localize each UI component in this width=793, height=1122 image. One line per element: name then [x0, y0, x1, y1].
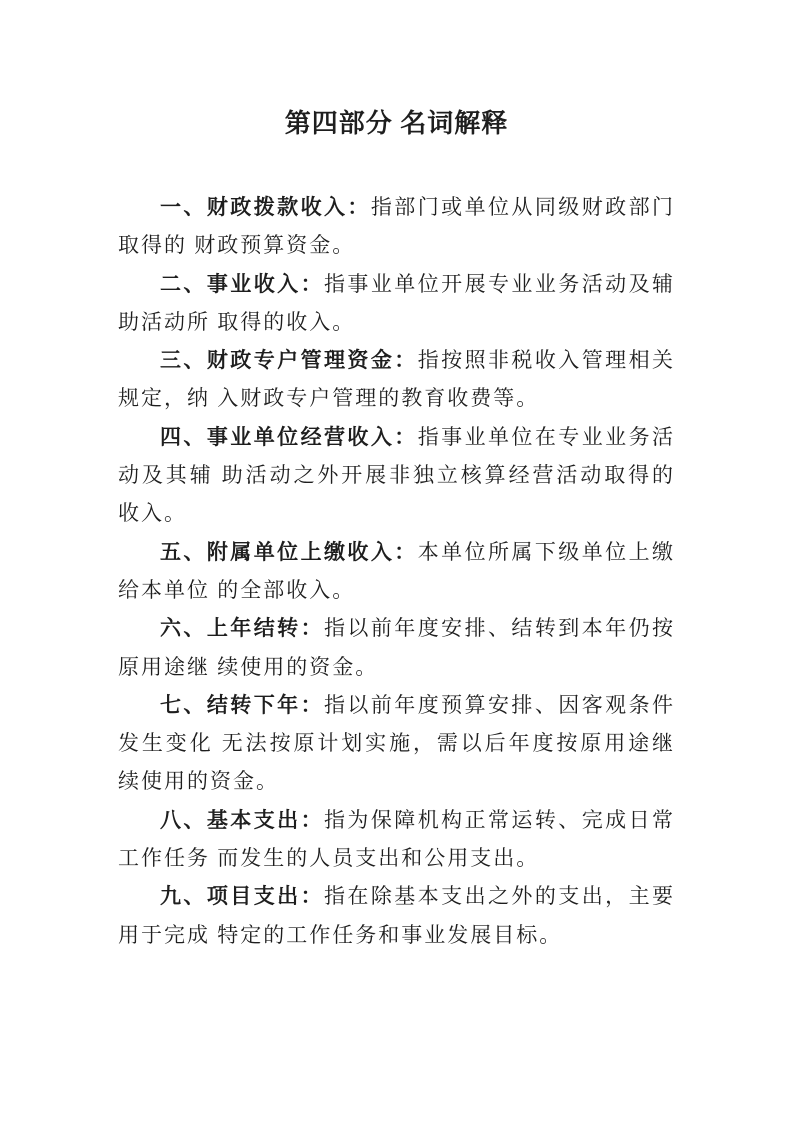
- glossary: 一、财政拨款收入：指部门或单位从同级财政部门取得的 财政预算资金。 二、事业收入…: [118, 188, 675, 954]
- page-title: 第四部分 名词解释: [118, 106, 675, 142]
- glossary-item-4: 四、事业单位经营收入：指事业单位在专业业务活动及其辅 助活动之外开展非独立核算经…: [118, 418, 675, 533]
- document-content: 第四部分 名词解释 一、财政拨款收入：指部门或单位从同级财政部门取得的 财政预算…: [118, 106, 675, 954]
- glossary-item-7: 七、结转下年：指以前年度预算安排、因客观条件发生变化 无法按原计划实施，需以后年…: [118, 686, 675, 801]
- glossary-term: 八、基本支出：: [160, 808, 324, 832]
- glossary-item-5: 五、附属单位上缴收入：本单位所属下级单位上缴给本单位 的全部收入。: [118, 533, 675, 610]
- glossary-term: 三、财政专户管理资金：: [160, 348, 418, 372]
- glossary-term: 九、项目支出：: [160, 884, 324, 908]
- glossary-term: 二、事业收入：: [160, 272, 324, 296]
- glossary-term: 六、上年结转：: [160, 616, 324, 640]
- glossary-item-8: 八、基本支出：指为保障机构正常运转、完成日常工作任务 而发生的人员支出和公用支出…: [118, 801, 675, 878]
- glossary-item-1: 一、财政拨款收入：指部门或单位从同级财政部门取得的 财政预算资金。: [118, 188, 675, 265]
- glossary-term: 一、财政拨款收入：: [160, 195, 371, 219]
- document-page: 第四部分 名词解释 一、财政拨款收入：指部门或单位从同级财政部门取得的 财政预算…: [0, 0, 793, 1122]
- glossary-item-3: 三、财政专户管理资金：指按照非税收入管理相关规定，纳 入财政专户管理的教育收费等…: [118, 341, 675, 418]
- glossary-item-2: 二、事业收入：指事业单位开展专业业务活动及辅助活动所 取得的收入。: [118, 265, 675, 342]
- glossary-item-9: 九、项目支出：指在除基本支出之外的支出，主要用于完成 特定的工作任务和事业发展目…: [118, 877, 675, 954]
- glossary-term: 四、事业单位经营收入：: [160, 425, 418, 449]
- glossary-item-6: 六、上年结转：指以前年度安排、结转到本年仍按原用途继 续使用的资金。: [118, 609, 675, 686]
- glossary-term: 五、附属单位上缴收入：: [160, 540, 418, 564]
- glossary-term: 七、结转下年：: [160, 693, 324, 717]
